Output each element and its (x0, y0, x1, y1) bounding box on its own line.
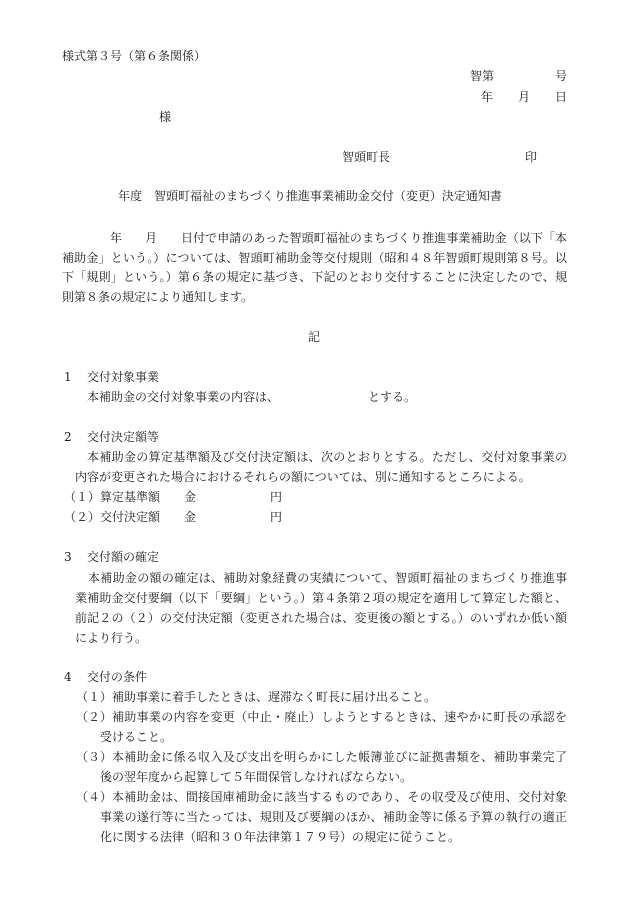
section-number: 4 (64, 667, 72, 687)
condition-line: 事業の遂行等に当たっては、規則及び要綱のほか、補助金等に係る予算の執行の適正 (100, 807, 567, 827)
section-number: 3 (64, 547, 72, 567)
section-number: 2 (64, 427, 72, 447)
condition-line: 本補助金に係る収入及び支出を明らかにした帳簿並びに証拠書類を、補助事業完了 (112, 747, 567, 767)
section-line: 前記２の（２）の交付決定額（変更された場合は、変更後の額とする。）のいずれか低い… (75, 608, 567, 628)
ki-marker: 記 (308, 327, 320, 347)
amount-item-currency: 金 (184, 507, 196, 527)
condition-line: 化に関する法律（昭和３０年法律第１７９号）の規定に従うこと。 (100, 827, 460, 847)
date-day: 日 (555, 87, 567, 107)
condition-line: 後の翌年度から起算して５年間保管しなければならない。 (100, 767, 412, 787)
condition-line: 本補助金は、間接国庫補助金に該当するものであり、その収受及び使用、交付対象 (112, 787, 567, 807)
section-heading: 交付額の確定 (87, 547, 159, 567)
section-heading: 交付対象事業 (87, 367, 159, 387)
condition-marker: （１） (76, 687, 112, 707)
intro-line-4: 則第８条の規定により通知します。 (62, 287, 253, 307)
amount-item-unit: 円 (270, 487, 282, 507)
intro-date-month: 月 (145, 228, 157, 248)
condition-marker: （２） (76, 707, 112, 727)
intro-date-year: 年 (110, 228, 122, 248)
section-body-prefix: 本補助金の交付対象事業の内容は、 (87, 387, 279, 407)
intro-line-1: 日付で申請のあった智頭町福祉のまちづくり推進事業補助金（以下「本 (181, 228, 567, 248)
amount-item-unit: 円 (270, 507, 282, 527)
condition-line: 受けること。 (100, 727, 172, 747)
issuer-title: 智頭町長 (342, 147, 390, 167)
condition-marker: （３） (76, 747, 112, 767)
amount-item-marker: （２） (64, 507, 100, 527)
addressee-honorific: 様 (159, 107, 171, 127)
date-month: 月 (518, 87, 530, 107)
document-page: 様式第３号（第６条関係） 智第 号 年 月 日 様 智頭町長 印 年度 智頭町福… (0, 0, 630, 903)
date-year: 年 (481, 87, 493, 107)
doc-number-prefix: 智第 (470, 66, 494, 86)
issuer-seal: 印 (525, 147, 537, 167)
section-line: 業補助金交付要綱（以下「要綱」という。）第４条第２項の規定を適用して算定した額と… (75, 588, 567, 608)
amount-item-label: 交付決定額 (100, 507, 160, 527)
condition-marker: （４） (76, 787, 112, 807)
condition-line: 補助事業に着手したときは、遅滞なく町長に届け出ること。 (112, 687, 436, 707)
section-line: 本補助金の算定基準額及び交付決定額は、次のとおりとする。ただし、交付対象事業の (87, 447, 567, 467)
intro-line-2: 補助金」という。）については、智頭町補助金等交付規則（昭和４８年智頭町規則第８号… (62, 248, 567, 268)
section-heading: 交付決定額等 (87, 427, 159, 447)
amount-item-label: 算定基準額 (100, 487, 160, 507)
amount-item-marker: （１） (64, 487, 100, 507)
doc-number-suffix: 号 (555, 66, 567, 86)
section-line: 本補助金の額の確定は、補助対象経費の実績について、智頭町福祉のまちづくり推進事 (88, 568, 567, 588)
amount-item-currency: 金 (184, 487, 196, 507)
intro-line-3: 下「規則」という。）第６条の規定に基づき、下記のとおり交付することに決定したので… (62, 267, 567, 287)
form-label: 様式第３号（第６条関係） (62, 46, 206, 66)
section-line: 内容が変更された場合におけるそれらの額については、別に通知するところによる。 (75, 467, 531, 487)
condition-line: 補助事業の内容を変更（中止・廃止）しようとするときは、速やかに町長の承認を (112, 707, 567, 727)
document-title: 年度 智頭町福祉のまちづくり推進事業補助金交付（変更）決定通知書 (118, 186, 502, 206)
section-number: 1 (64, 367, 72, 387)
section-line: により行う。 (75, 628, 147, 648)
section-heading: 交付の条件 (87, 667, 147, 687)
section-body-suffix: とする。 (368, 387, 416, 407)
